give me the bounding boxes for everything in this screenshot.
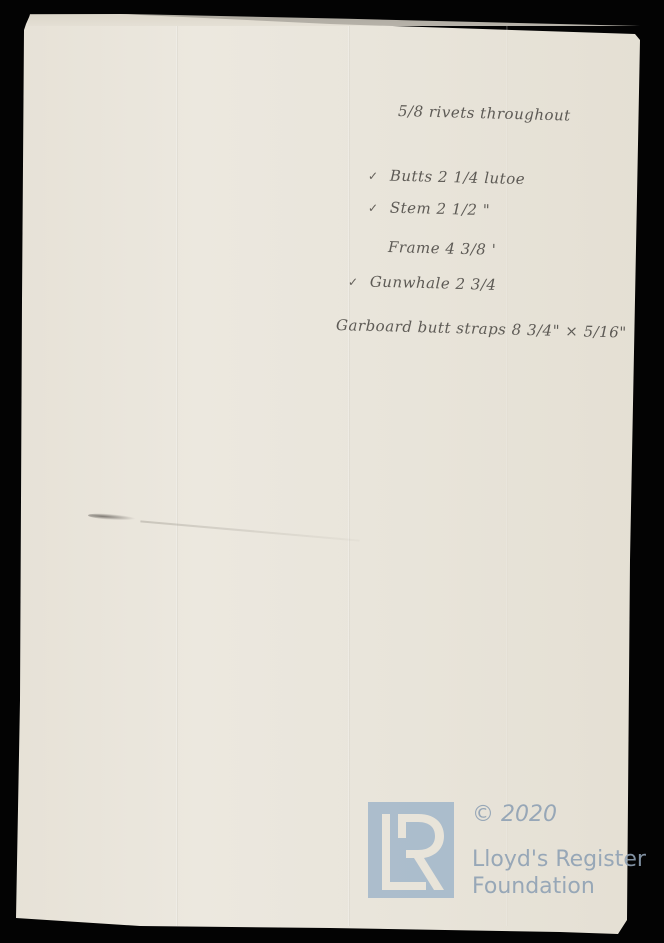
watermark-org-line1: Lloyd's Register: [472, 846, 646, 873]
watermark-copyright: © 2020: [472, 802, 557, 827]
handwritten-line-text: Frame 4 3/8 ': [388, 238, 497, 259]
check-mark-icon: ✓: [368, 201, 379, 215]
watermark: © 2020 Lloyd's Register Foundation: [368, 802, 658, 902]
fold-crease: [176, 26, 178, 926]
fold-crease: [348, 26, 350, 926]
paper-top-flap: [28, 14, 640, 26]
lr-logo-icon: [368, 802, 454, 898]
handwritten-line: ✓ Stem 2 1/2 ": [368, 198, 491, 219]
handwritten-line: Frame 4 3/8 ': [388, 238, 497, 259]
handwritten-line-text: Butts 2 1/4 lutoe: [390, 167, 526, 189]
watermark-organization: Lloyd's Register Foundation: [472, 846, 646, 900]
fold-crease: [506, 26, 508, 926]
check-mark-icon: ✓: [348, 275, 359, 289]
handwritten-line: ✓ Gunwhale 2 3/4: [348, 272, 497, 294]
watermark-org-line2: Foundation: [472, 873, 646, 900]
handwritten-line-text: Gunwhale 2 3/4: [370, 273, 497, 294]
handwritten-line-text: Stem 2 1/2 ": [390, 199, 491, 220]
scan-stage: 5/8 rivets throughout ✓ Butts 2 1/4 luto…: [0, 0, 664, 943]
check-mark-icon: ✓: [368, 169, 379, 183]
